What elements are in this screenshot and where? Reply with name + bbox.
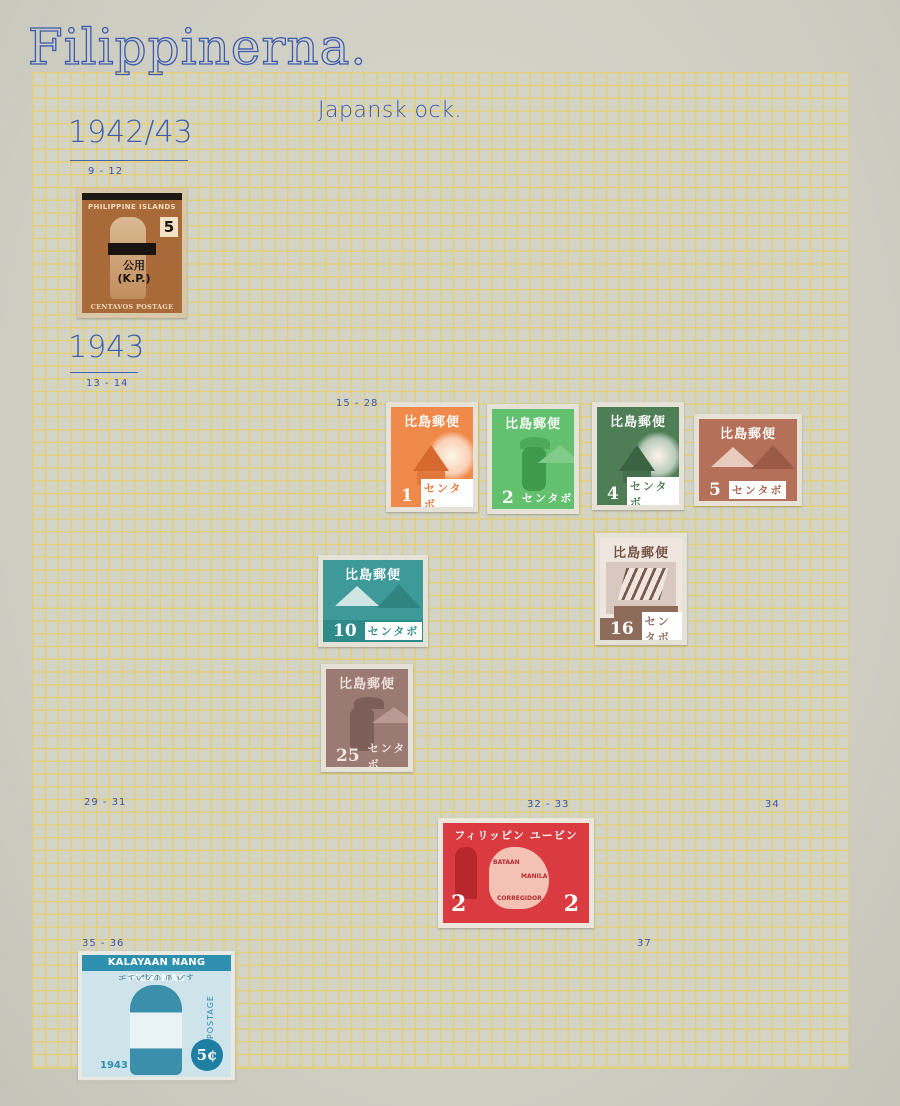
stamp-header: 比島郵便: [330, 673, 404, 691]
woman-illustration: [130, 985, 182, 1075]
stamp-value: 4: [607, 484, 619, 504]
stamp-value: 2: [564, 891, 579, 917]
stamp-header: 比島郵便: [395, 411, 469, 429]
catalog-range-label: 35 - 36: [82, 938, 124, 949]
hut-sunrise-illustration: [397, 431, 467, 481]
stamp-face: 比島郵便 5 センタボ: [699, 419, 797, 501]
section-year-1943: 1943: [68, 330, 144, 365]
sailboat-illustration: [606, 562, 676, 614]
stamp-unit: センタボ: [522, 490, 574, 506]
stamp-header: 比島郵便: [703, 423, 793, 441]
stamp-value: 2: [502, 488, 514, 508]
map-label: BATAAN: [493, 859, 520, 866]
mountain-illustration: [705, 443, 791, 475]
stamp-face: PHILIPPINE ISLANDS 公用 (K.P.) 5 CENTAVOS …: [82, 193, 182, 313]
stamp-unit: センタボ: [729, 481, 787, 499]
stamp-face: 比島郵便 16 センタボ: [600, 538, 682, 640]
stamp-value: 2: [451, 891, 466, 917]
stamp-value: 16: [610, 619, 634, 639]
stamp-face: 比島郵便 25 センタボ: [326, 669, 408, 767]
hut-sunrise-illustration: [603, 431, 673, 479]
stamp-unit: センタボ: [421, 479, 473, 507]
map-label: MANILA: [521, 873, 547, 880]
rice-planter-illustration: [498, 433, 568, 483]
stamp-value: 5¢: [191, 1039, 223, 1071]
stamp-header: 比島郵便: [327, 564, 419, 582]
map-label: CORREGIDOR: [497, 895, 542, 902]
figure-illustration: [110, 217, 146, 299]
overprint-bar: [82, 193, 182, 200]
stamp-value: 5: [160, 217, 178, 237]
stamp-1-sen[interactable]: 比島郵便 1 センタボ: [386, 402, 478, 512]
catalog-range-label: 13 - 14: [86, 378, 128, 389]
stamp-bataan-corregidor[interactable]: フィリッピン ユービン BATAAN MANILA CORREGIDOR 2 2: [438, 818, 594, 928]
stamp-10-sen[interactable]: 比島郵便 10 センタボ: [318, 555, 428, 647]
stamp-face: 比島郵便 10 センタボ: [323, 560, 423, 642]
overprint-text: 公用 (K.P.): [117, 259, 151, 285]
stamp-16-sen[interactable]: 比島郵便 16 センタボ: [595, 533, 687, 645]
stamp-header: 比島郵便: [601, 411, 675, 429]
catalog-range-label: 29 - 31: [84, 797, 126, 808]
stamp-header: フィリッピン ユービン: [443, 827, 589, 843]
stamp-value: 10: [333, 621, 357, 641]
year-underline: [70, 372, 138, 373]
stamp-5-sen[interactable]: 比島郵便 5 センタボ: [694, 414, 802, 506]
stamp-header: 比島郵便: [604, 542, 678, 560]
catalog-range-label: 37: [637, 938, 652, 949]
baybayin-text: ᜃᜎᜌᜀᜈ ᜈ ᜉᜒᜎᜒ: [82, 972, 231, 983]
stamp-face: 比島郵便 4 センタボ: [597, 407, 679, 505]
catalog-range-label: 32 - 33: [527, 799, 569, 810]
stamp-value: 5: [709, 480, 721, 500]
stamp-kalayaan-5c[interactable]: KALAYAAN NANG PILIPINAS ᜃᜎᜌᜀᜈ ᜈ ᜉᜒᜎᜒ POS…: [78, 951, 235, 1081]
catalog-range-label: 34: [765, 799, 780, 810]
catalog-range-label: 15 - 28: [336, 398, 378, 409]
stamp-bottom-text: CENTAVOS POSTAGE: [82, 303, 182, 311]
stamp-face: KALAYAAN NANG PILIPINAS ᜃᜎᜌᜀᜈ ᜈ ᜉᜒᜎᜒ POS…: [82, 955, 231, 1077]
stamp-25-sen[interactable]: 比島郵便 25 センタボ: [321, 664, 413, 772]
stamp-2-sen[interactable]: 比島郵便 2 センタボ: [487, 404, 579, 514]
year-underline: [70, 160, 188, 161]
stamp-unit: センタボ: [368, 740, 408, 767]
stamp-side-text: POSTAGE: [206, 995, 215, 1039]
stamp-hinge-mount: [78, 1080, 235, 1083]
stamp-face: フィリッピン ユービン BATAAN MANILA CORREGIDOR 2 2: [443, 823, 589, 923]
stamp-country-text: PHILIPPINE ISLANDS: [82, 203, 182, 211]
stamp-kp-overprint[interactable]: PHILIPPINE ISLANDS 公用 (K.P.) 5 CENTAVOS …: [77, 188, 187, 318]
stamp-4-sen[interactable]: 比島郵便 4 センタボ: [592, 402, 684, 510]
stamp-unit: センタボ: [365, 622, 423, 640]
rice-planter-illustration: [332, 693, 402, 741]
overprint-bar: [108, 243, 156, 255]
stamp-value: 1: [401, 486, 413, 506]
stamp-value: 25: [336, 746, 360, 766]
stamp-unit: センタボ: [627, 477, 679, 505]
stamp-unit: センタボ: [642, 612, 682, 640]
page-title: Filippinerna.: [28, 18, 367, 76]
stamp-header: KALAYAAN NANG PILIPINAS: [82, 955, 231, 971]
stamp-header: 比島郵便: [496, 413, 570, 431]
page-subtitle: Japansk ock.: [318, 98, 462, 123]
stamp-year: 1943: [100, 1060, 128, 1071]
section-year-1942-43: 1942/43: [68, 115, 193, 150]
mountain-illustration: [329, 584, 417, 616]
stamp-face: 比島郵便 1 センタボ: [391, 407, 473, 507]
catalog-range-label: 9 - 12: [88, 166, 123, 177]
stamp-face: 比島郵便 2 センタボ: [492, 409, 574, 509]
